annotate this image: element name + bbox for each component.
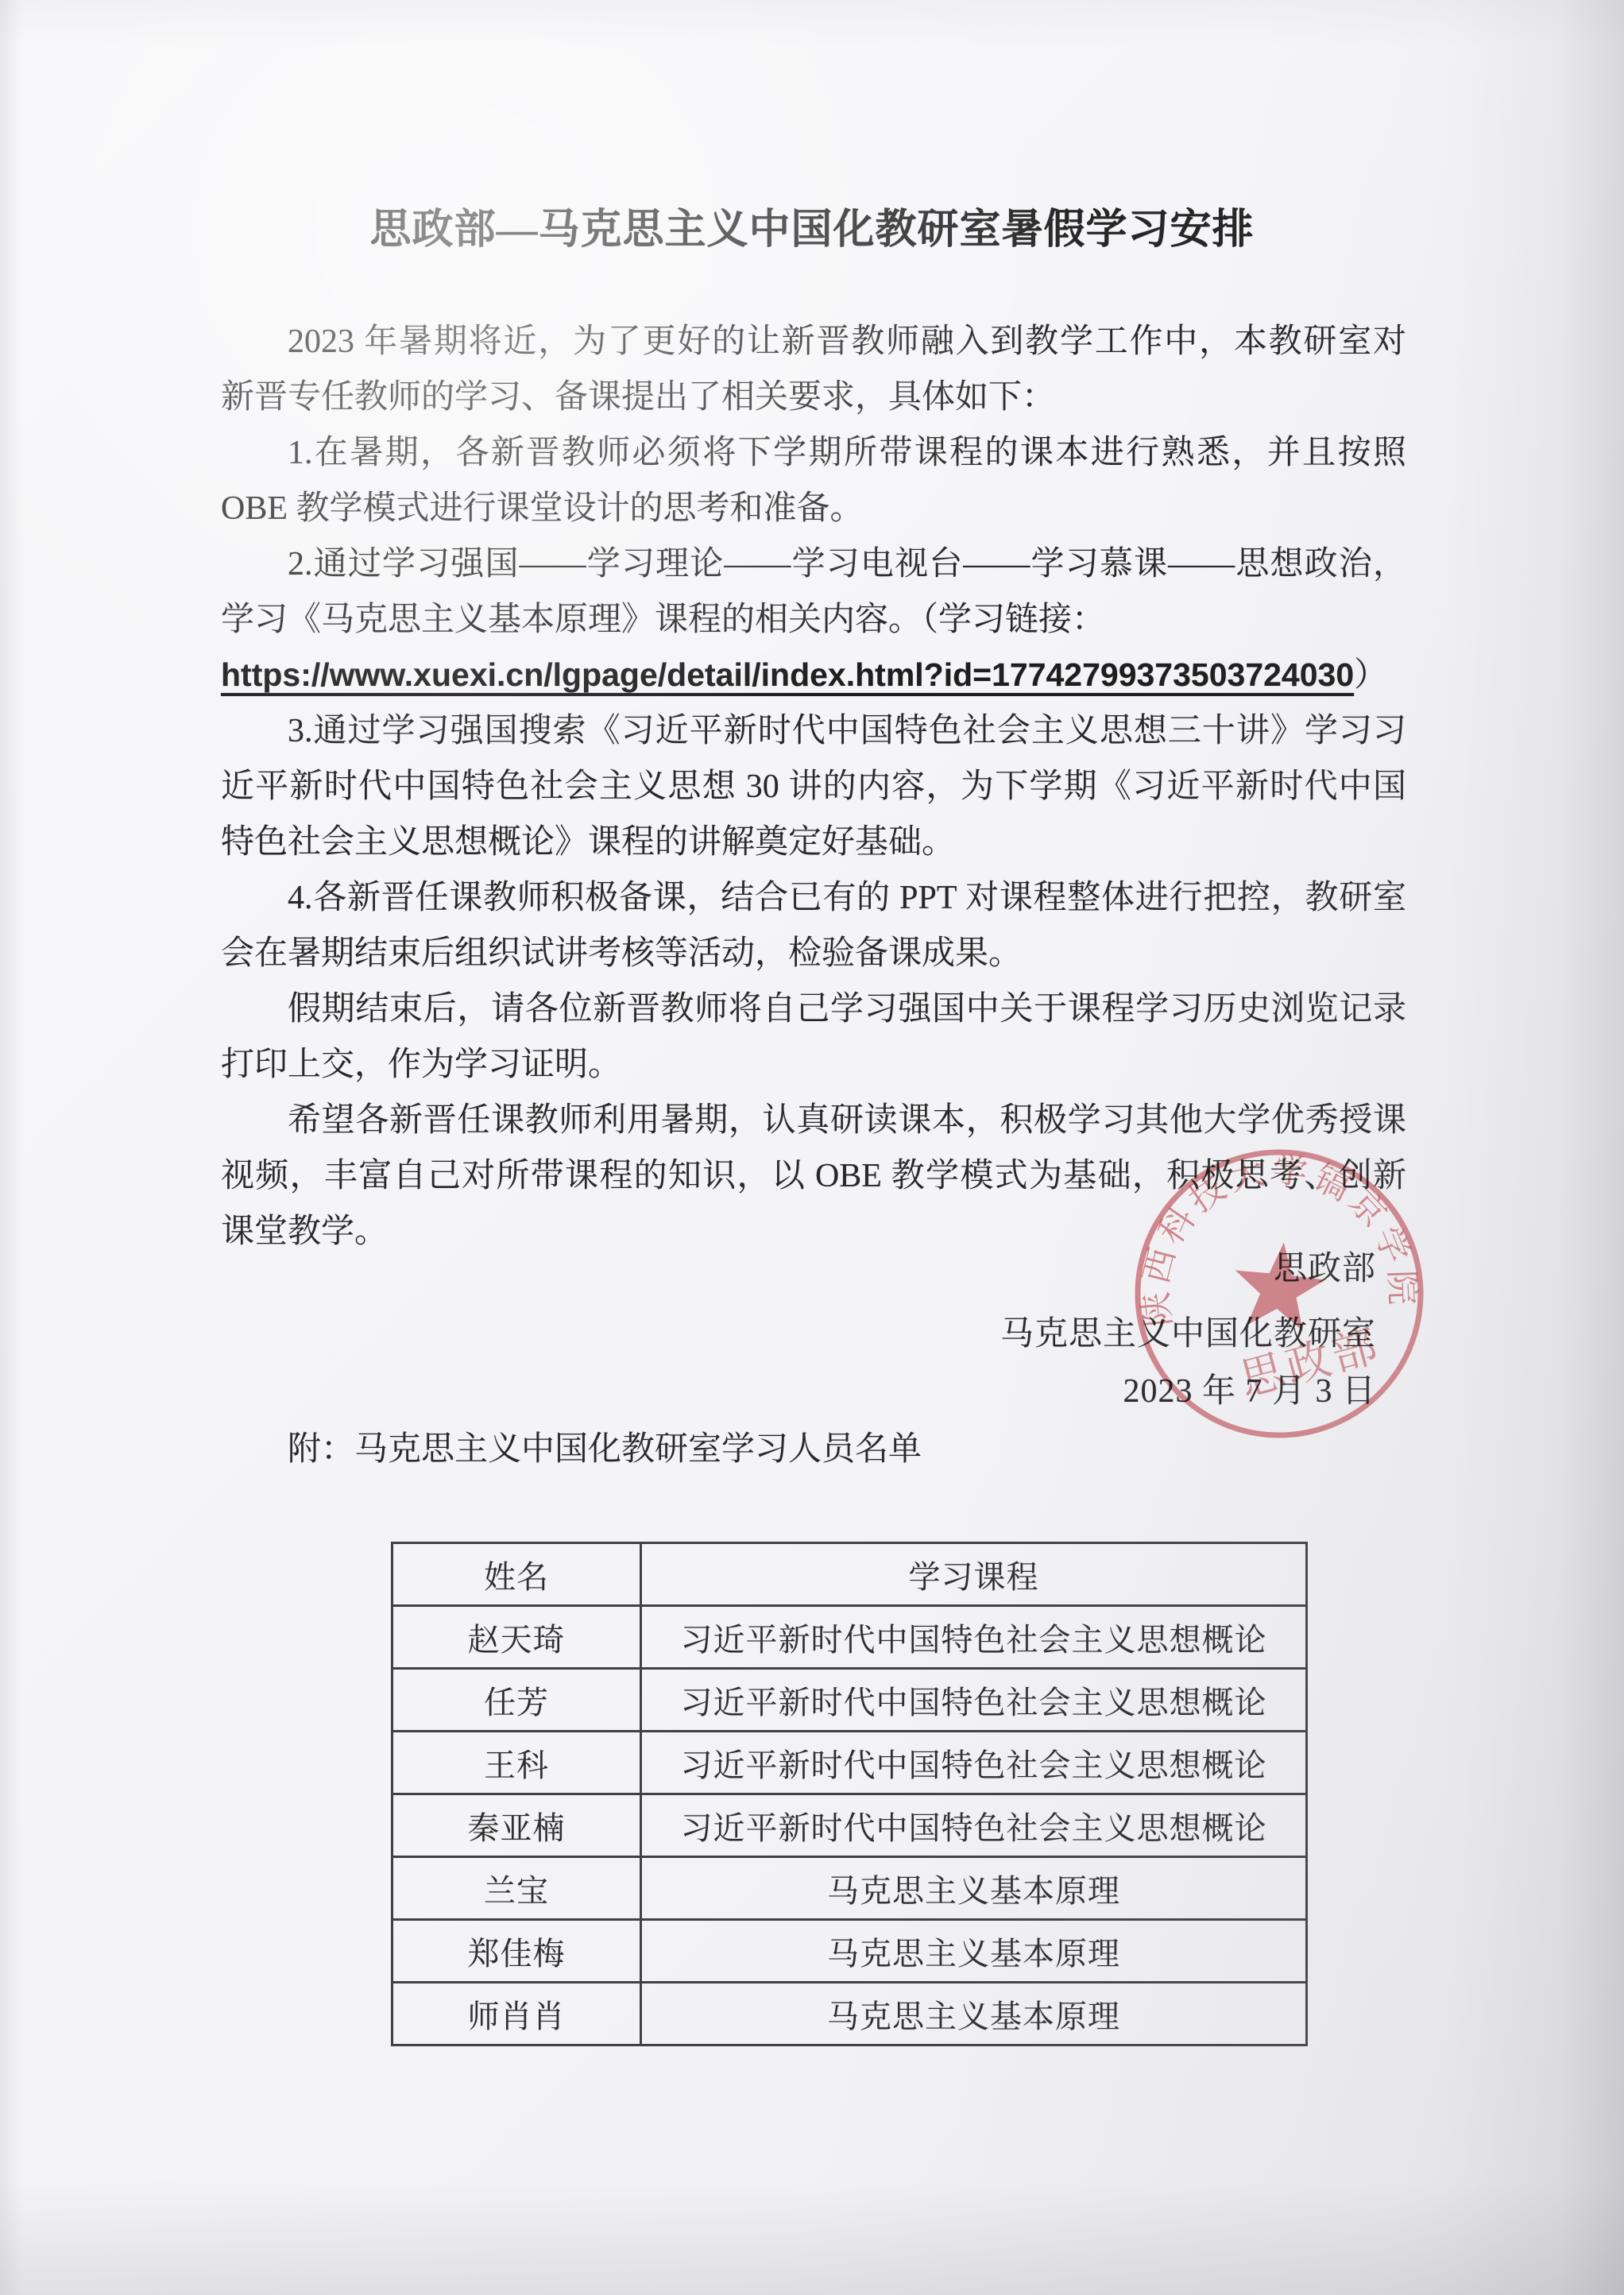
cell-name: 任芳 [392, 1669, 641, 1732]
cell-course: 习近平新时代中国特色社会主义思想概论 [641, 1732, 1307, 1794]
document-line: 近平新时代中国特色社会主义思想 30 讲的内容，为下学期《习近平新时代中国 [221, 761, 1406, 812]
document-line: 会在暑期结束后组织试讲考核等活动，检验备课成果。 [221, 928, 1406, 979]
table-row: 郑佳梅 马克思主义基本原理 [392, 1920, 1307, 1983]
cell-course: 马克思主义基本原理 [641, 1920, 1307, 1983]
document-line: 1.在暑期，各新晋教师必须将下学期所带课程的课本进行熟悉，并且按照 [221, 428, 1406, 478]
table-header-row: 姓名 学习课程 [392, 1543, 1307, 1606]
document-line: 学习《马克思主义基本原理》课程的相关内容。（学习链接： [221, 594, 1406, 645]
document-line: 希望各新晋任课教师利用暑期，认真研读课本，积极学习其他大学优秀授课 [221, 1095, 1406, 1146]
document-line: 3.通过学习强国搜索《习近平新时代中国特色社会主义思想三十讲》学习习 [221, 706, 1406, 757]
document-line: 视频，丰富自己对所带课程的知识，以 OBE 教学模式为基础，积极思考、创新 [221, 1151, 1406, 1202]
document-line: 4.各新晋任课教师积极备课，结合已有的 PPT 对课程整体进行把控，教研室 [221, 873, 1406, 923]
signature-date: 2023 年 7 月 3 日 [1123, 1367, 1376, 1416]
document-line: 课堂教学。 [221, 1206, 1406, 1257]
cell-course: 马克思主义基本原理 [641, 1857, 1307, 1920]
document-line: 打印上交，作为学习证明。 [221, 1039, 1406, 1090]
study-link[interactable]: https://www.xuexi.cn/lgpage/detail/index… [221, 656, 1354, 693]
cell-name: 王科 [392, 1732, 641, 1794]
document-line: 2023 年暑期将近，为了更好的让新晋教师融入到教学工作中，本教研室对 [221, 316, 1406, 367]
document-title: 思政部—马克思主义中国化教研室暑假学习安排 [0, 195, 1624, 255]
table-row: 赵天琦 习近平新时代中国特色社会主义思想概论 [392, 1606, 1307, 1669]
table-row: 兰宝 马克思主义基本原理 [392, 1857, 1307, 1920]
cell-name: 秦亚楠 [392, 1794, 641, 1857]
table-row: 师肖肖 马克思主义基本原理 [392, 1983, 1307, 2045]
cell-name: 兰宝 [392, 1857, 641, 1920]
document-line: OBE 教学模式进行课堂设计的思考和准备。 [221, 483, 1406, 534]
document-line: 假期结束后，请各位新晋教师将自己学习强国中关于课程学习历史浏览记录 [221, 984, 1406, 1035]
study-link-close-paren: ） [1354, 657, 1387, 694]
cell-name: 赵天琦 [392, 1606, 641, 1669]
attachment-heading: 附：马克思主义中国化教研室学习人员名单 [221, 1422, 1406, 1470]
study-roster-table: 姓名 学习课程 赵天琦 习近平新时代中国特色社会主义思想概论 任芳 习近平新时代… [391, 1542, 1308, 2046]
signature-office: 马克思主义中国化教研室 [1000, 1310, 1376, 1359]
table-row: 任芳 习近平新时代中国特色社会主义思想概论 [392, 1669, 1307, 1732]
cell-name: 师肖肖 [392, 1983, 641, 2045]
header-name: 姓名 [392, 1543, 641, 1606]
table-row: 秦亚楠 习近平新时代中国特色社会主义思想概论 [392, 1794, 1307, 1857]
document-line: 2.通过学习强国——学习理论——学习电视台——学习慕课——思想政治， [221, 539, 1406, 590]
cell-course: 马克思主义基本原理 [641, 1983, 1307, 2045]
document-line: 特色社会主义思想概论》课程的讲解奠定好基础。 [221, 817, 1406, 868]
study-link-line: https://www.xuexi.cn/lgpage/detail/index… [221, 648, 1387, 696]
cell-name: 郑佳梅 [392, 1920, 641, 1983]
document-line: 新晋专任教师的学习、备课提出了相关要求，具体如下： [221, 372, 1406, 423]
cell-course: 习近平新时代中国特色社会主义思想概论 [641, 1606, 1307, 1669]
cell-course: 习近平新时代中国特色社会主义思想概论 [641, 1794, 1307, 1857]
signature-department: 思政部 [1274, 1244, 1376, 1294]
header-course: 学习课程 [641, 1543, 1307, 1606]
scanned-document-page: 思政部—马克思主义中国化教研室暑假学习安排 2023 年暑期将近，为了更好的让新… [0, 0, 1624, 2295]
cell-course: 习近平新时代中国特色社会主义思想概论 [641, 1669, 1307, 1732]
table-row: 王科 习近平新时代中国特色社会主义思想概论 [392, 1732, 1307, 1794]
